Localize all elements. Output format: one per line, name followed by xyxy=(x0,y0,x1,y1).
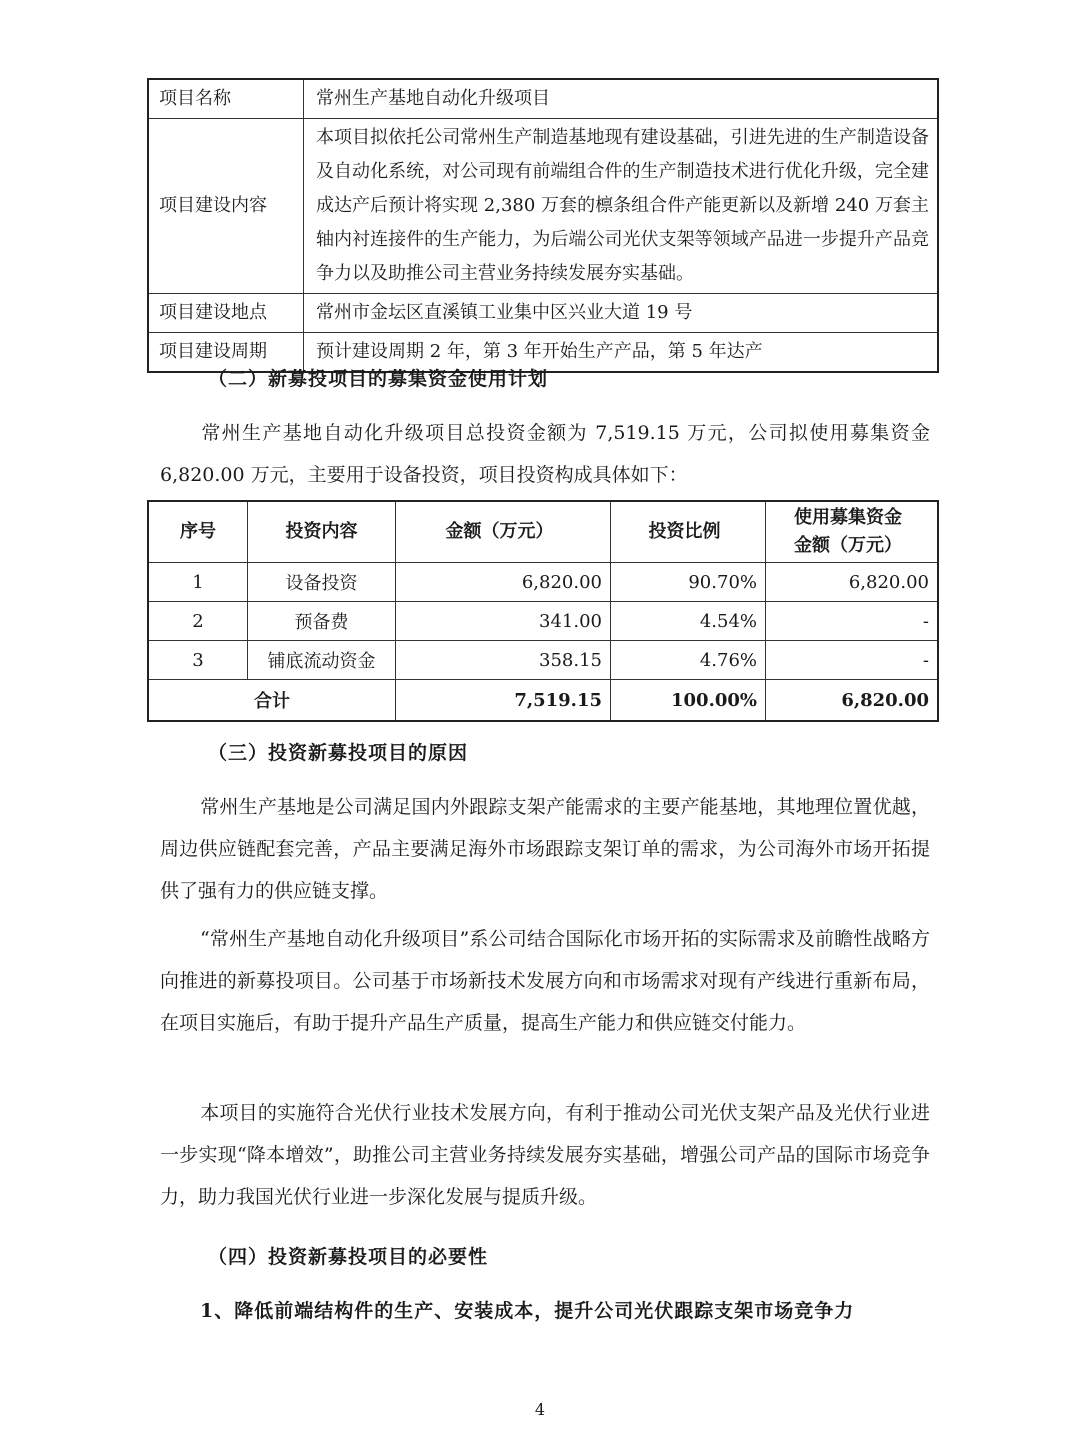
header-used-line2: 金额（万元） xyxy=(767,532,929,560)
table-row: 项目名称 常州生产基地自动化升级项目 xyxy=(148,79,938,119)
table-row: 3 铺底流动资金 358.15 4.76% - xyxy=(148,641,938,680)
cell-item: 铺底流动资金 xyxy=(248,641,396,680)
table-row: 2 预备费 341.00 4.54% - xyxy=(148,602,938,641)
header-no: 序号 xyxy=(148,501,248,563)
cell-item: 设备投资 xyxy=(248,563,396,602)
cell-item: 预备费 xyxy=(248,602,396,641)
cell-no: 2 xyxy=(148,602,248,641)
page-number: 4 xyxy=(0,1400,1080,1419)
value-project-name: 常州生产基地自动化升级项目 xyxy=(304,79,939,119)
cell-ratio: 4.54% xyxy=(611,602,766,641)
value-construction-site: 常州市金坛区直溪镇工业集中区兴业大道 19 号 xyxy=(304,294,939,333)
cell-amount: 6,820.00 xyxy=(396,563,611,602)
investment-table: 序号 投资内容 金额（万元） 投资比例 使用募集资金 金额（万元） 1 设备投资… xyxy=(147,500,939,722)
section-heading-2: （二）新募投项目的募集资金使用计划 xyxy=(208,364,548,391)
section3-text-3: 本项目的实施符合光伏行业技术发展方向，有利于推动公司光伏支架产品及光伏行业进一步… xyxy=(160,1102,930,1208)
table-row: 项目建设地点 常州市金坛区直溪镇工业集中区兴业大道 19 号 xyxy=(148,294,938,333)
table-row: 项目建设内容 本项目拟依托公司常州生产制造基地现有建设基础，引进先进的生产制造设… xyxy=(148,119,938,294)
header-used-funds: 使用募集资金 金额（万元） xyxy=(766,501,939,563)
section2-text: 常州生产基地自动化升级项目总投资金额为 7,519.15 万元，公司拟使用募集资… xyxy=(160,422,930,486)
section3-paragraph-2: “常州生产基地自动化升级项目”系公司结合国际化市场开拓的实际需求及前瞻性战略方向… xyxy=(160,918,930,1044)
section-heading-3: （三）投资新募投项目的原因 xyxy=(208,738,468,765)
table-total-row: 合计 7,519.15 100.00% 6,820.00 xyxy=(148,680,938,722)
total-amount: 7,519.15 xyxy=(396,680,611,722)
header-used-line1: 使用募集资金 xyxy=(767,504,929,532)
total-used: 6,820.00 xyxy=(766,680,939,722)
cell-used: 6,820.00 xyxy=(766,563,939,602)
section3-text-2: “常州生产基地自动化升级项目”系公司结合国际化市场开拓的实际需求及前瞻性战略方向… xyxy=(160,928,930,1034)
section3-paragraph-3: 本项目的实施符合光伏行业技术发展方向，有利于推动公司光伏支架产品及光伏行业进一步… xyxy=(160,1092,930,1218)
label-project-name: 项目名称 xyxy=(148,79,304,119)
cell-amount: 358.15 xyxy=(396,641,611,680)
table-header-row: 序号 投资内容 金额（万元） 投资比例 使用募集资金 金额（万元） xyxy=(148,501,938,563)
table-row: 1 设备投资 6,820.00 90.70% 6,820.00 xyxy=(148,563,938,602)
section3-paragraph-1: 常州生产基地是公司满足国内外跟踪支架产能需求的主要产能基地，其地理位置优越，周边… xyxy=(160,786,930,912)
section-heading-4: （四）投资新募投项目的必要性 xyxy=(208,1242,488,1269)
cell-no: 1 xyxy=(148,563,248,602)
header-item: 投资内容 xyxy=(248,501,396,563)
cell-amount: 341.00 xyxy=(396,602,611,641)
header-amount: 金额（万元） xyxy=(396,501,611,563)
total-label: 合计 xyxy=(148,680,396,722)
cell-no: 3 xyxy=(148,641,248,680)
section2-paragraph: 常州生产基地自动化升级项目总投资金额为 7,519.15 万元，公司拟使用募集资… xyxy=(160,412,930,496)
header-ratio: 投资比例 xyxy=(611,501,766,563)
total-ratio: 100.00% xyxy=(611,680,766,722)
label-construction-content: 项目建设内容 xyxy=(148,119,304,294)
value-construction-content: 本项目拟依托公司常州生产制造基地现有建设基础，引进先进的生产制造设备及自动化系统… xyxy=(304,119,939,294)
cell-ratio: 4.76% xyxy=(611,641,766,680)
cell-ratio: 90.70% xyxy=(611,563,766,602)
label-construction-site: 项目建设地点 xyxy=(148,294,304,333)
project-info-table: 项目名称 常州生产基地自动化升级项目 项目建设内容 本项目拟依托公司常州生产制造… xyxy=(147,78,939,373)
cell-used: - xyxy=(766,641,939,680)
document-page: 项目名称 常州生产基地自动化升级项目 项目建设内容 本项目拟依托公司常州生产制造… xyxy=(0,0,1080,1440)
section4-subheading-1: 1、降低前端结构件的生产、安装成本，提升公司光伏跟踪支架市场竞争力 xyxy=(200,1296,854,1323)
cell-used: - xyxy=(766,602,939,641)
section3-text-1: 常州生产基地是公司满足国内外跟踪支架产能需求的主要产能基地，其地理位置优越，周边… xyxy=(160,796,930,902)
